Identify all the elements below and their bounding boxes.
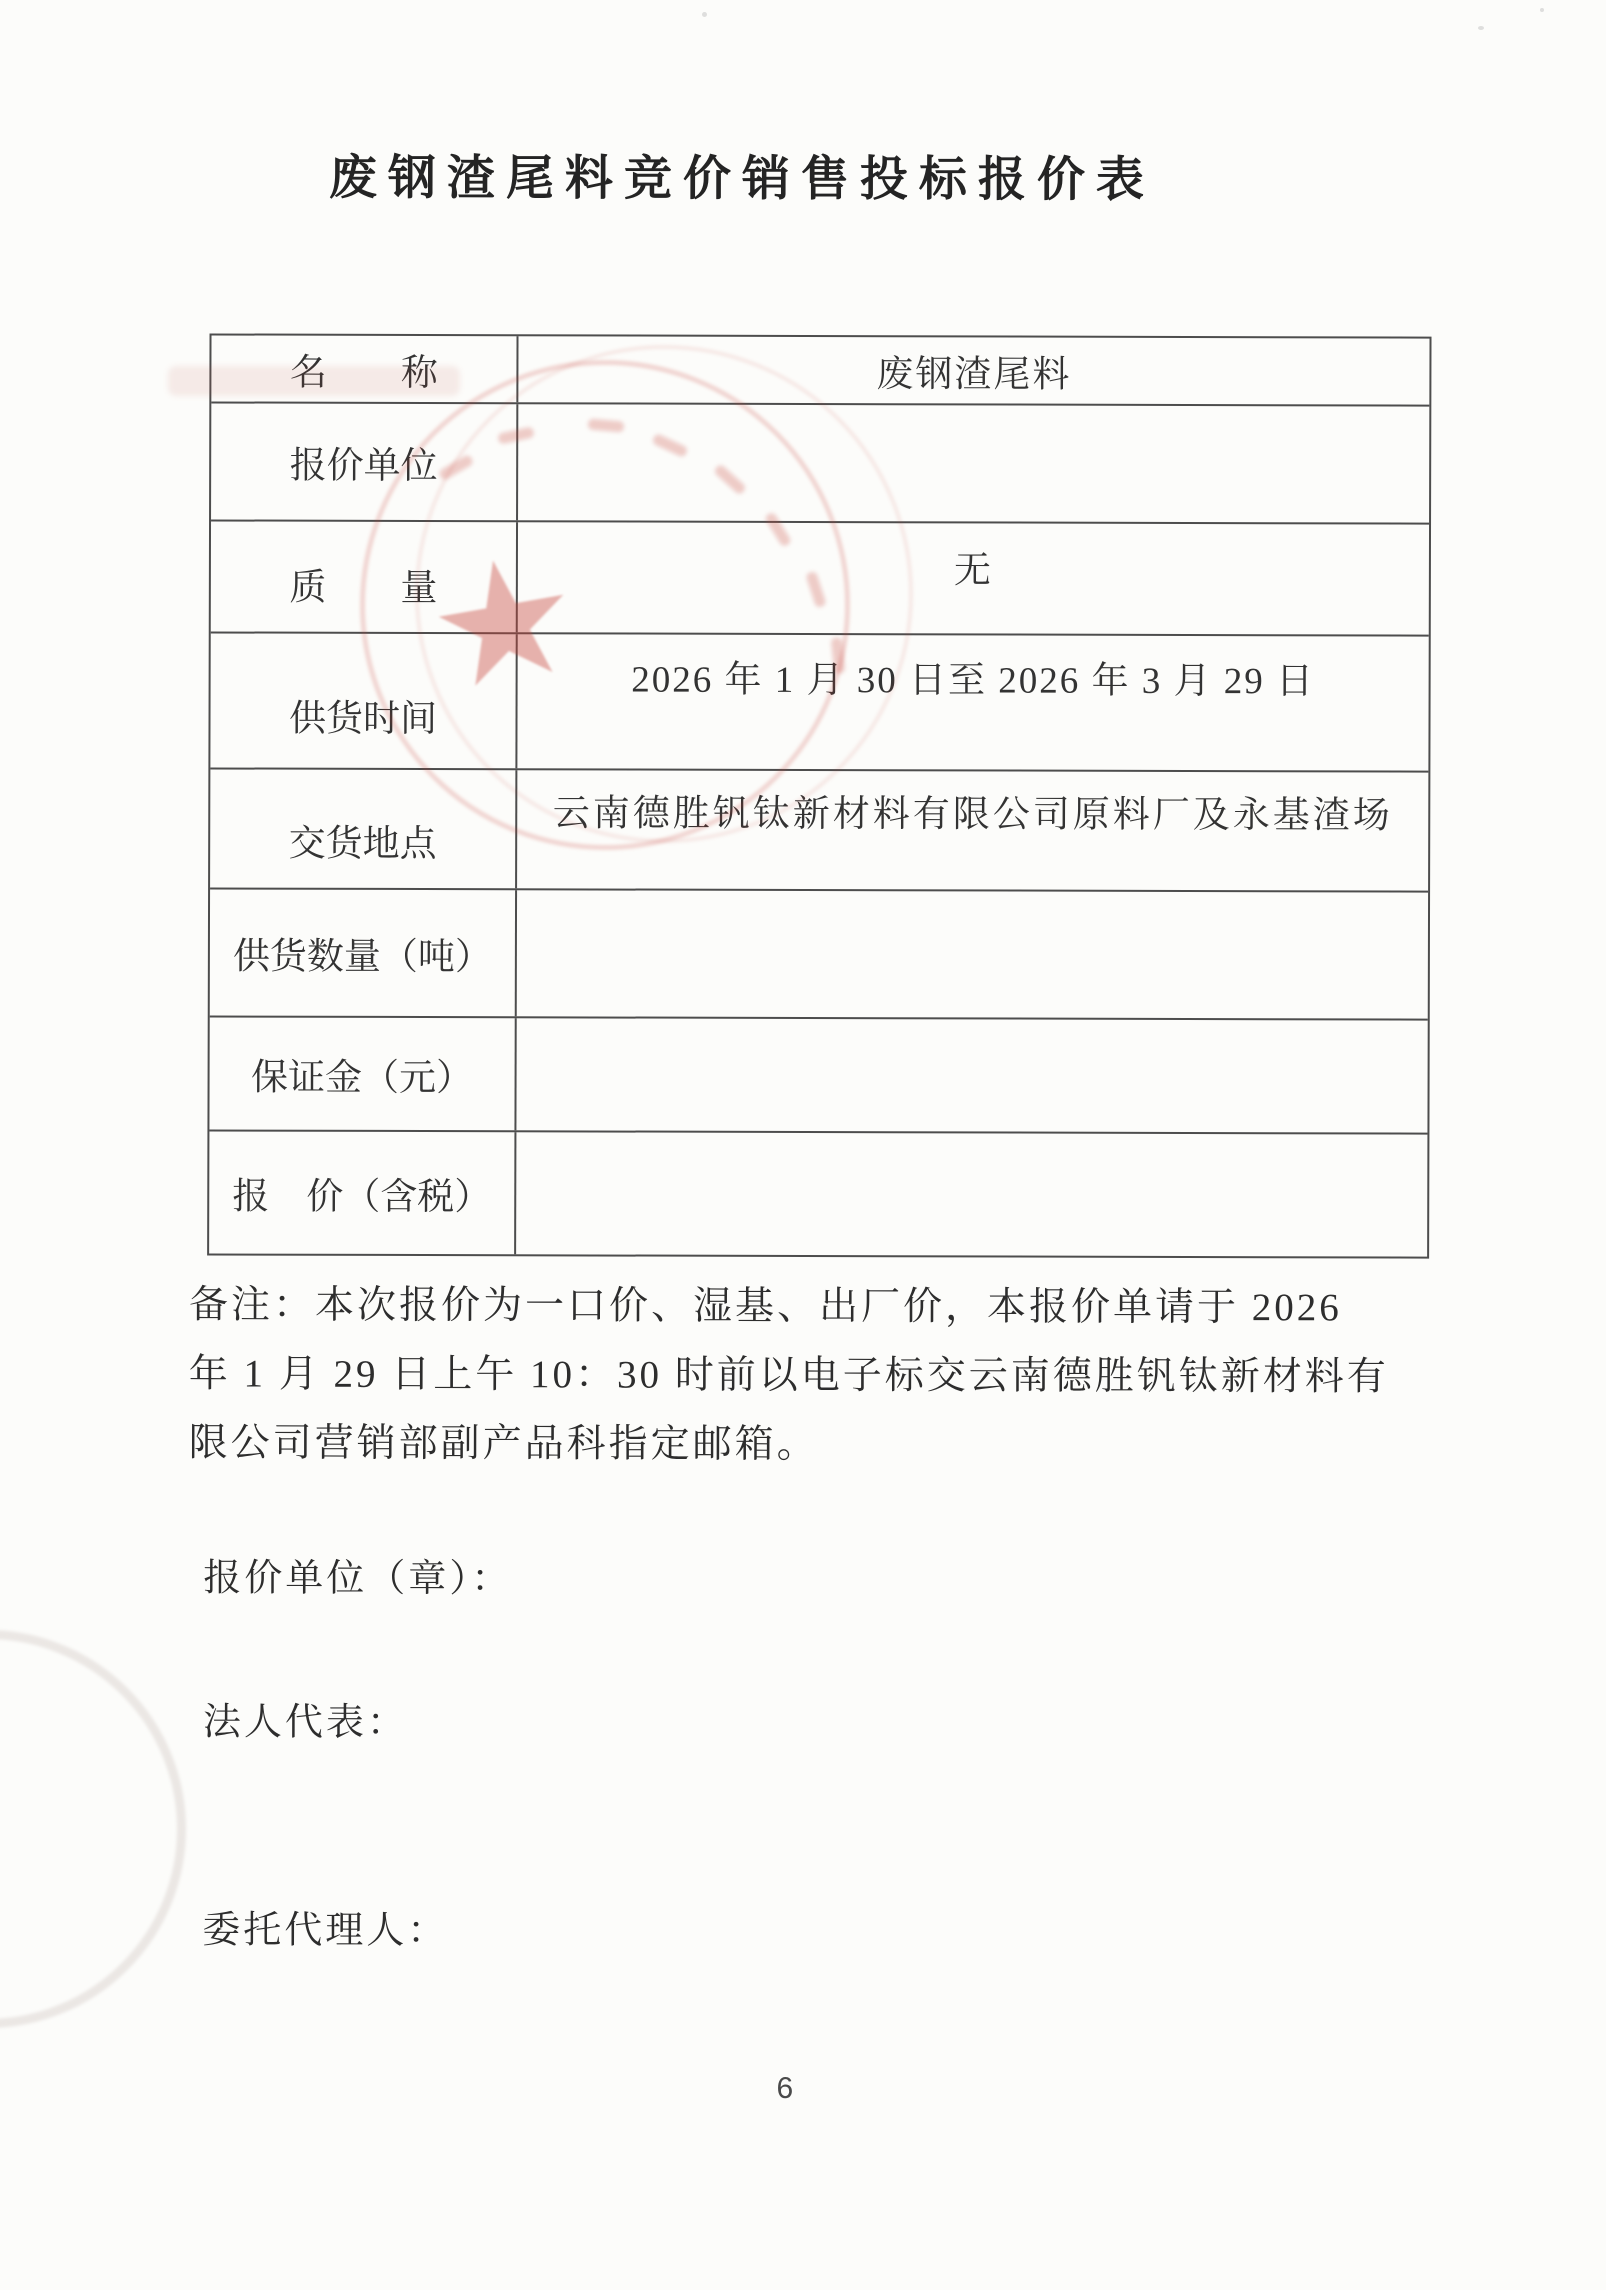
- row-label: 名 称: [211, 335, 518, 402]
- signature-company-seal-label: 报价单位（章）：: [203, 1546, 512, 1602]
- row-value: [516, 1018, 1427, 1132]
- row-value: [516, 1132, 1427, 1256]
- row-value: 废钢渣尾料: [518, 336, 1429, 404]
- table-row-supply-time: 供货时间 2026 年 1 月 30 日至 2026 年 3 月 29 日: [210, 633, 1428, 772]
- document-content: 废钢渣尾料竞价销售投标报价表 名 称 废钢渣尾料 报价单位 质 量 无 供货时间…: [0, 0, 1606, 2290]
- row-value: 云南德胜钒钛新材料有限公司原料厂及永基渣场: [517, 770, 1428, 890]
- table-row-supply-quantity: 供货数量（吨）: [210, 889, 1428, 1020]
- signature-legal-representative-label: 法人代表：: [203, 1690, 408, 1746]
- row-label: 保证金（元）: [209, 1017, 516, 1130]
- page-title: 废钢渣尾料竞价销售投标报价表: [2, 138, 1482, 211]
- remark-line-3: 限公司营销部副产品科指定邮箱。: [189, 1408, 1439, 1480]
- row-value: [517, 890, 1428, 1018]
- table-row-quality: 质 量 无: [211, 521, 1429, 636]
- signature-authorized-agent-label: 委托代理人：: [202, 1898, 448, 1954]
- row-value: [518, 404, 1429, 522]
- row-label: 报 价（含税）: [209, 1131, 516, 1254]
- remark-line-2: 年 1 月 29 日上午 10：30 时前以电子标交云南德胜钒钛新材料有: [189, 1339, 1439, 1411]
- row-value: 2026 年 1 月 30 日至 2026 年 3 月 29 日: [517, 634, 1428, 770]
- scan-speck: [1540, 8, 1544, 12]
- row-label: 交货地点: [210, 769, 517, 888]
- table-row-quoting-unit: 报价单位: [211, 403, 1429, 524]
- table-row-quote-price: 报 价（含税）: [209, 1131, 1427, 1256]
- row-label: 供货数量（吨）: [210, 889, 517, 1016]
- remark-line-1: 备注：本次报价为一口价、湿基、出厂价，本报价单请于 2026: [189, 1270, 1439, 1342]
- page-number: 6: [755, 2072, 815, 2106]
- row-label: 报价单位: [211, 403, 518, 520]
- remark-paragraph: 备注：本次报价为一口价、湿基、出厂价，本报价单请于 2026 年 1 月 29 …: [189, 1270, 1440, 1480]
- quotation-table: 名 称 废钢渣尾料 报价单位 质 量 无 供货时间 2026 年 1 月 30 …: [207, 333, 1431, 1258]
- table-row-delivery-location: 交货地点 云南德胜钒钛新材料有限公司原料厂及永基渣场: [210, 769, 1428, 892]
- scan-speck: [1478, 26, 1484, 30]
- row-label: 供货时间: [210, 633, 517, 768]
- scan-speck: [702, 12, 707, 17]
- table-row-deposit: 保证金（元）: [209, 1017, 1427, 1134]
- scanned-document-page: 废钢渣尾料竞价销售投标报价表 名 称 废钢渣尾料 报价单位 质 量 无 供货时间…: [0, 0, 1606, 2290]
- table-row-name: 名 称 废钢渣尾料: [211, 335, 1429, 406]
- row-label: 质 量: [211, 521, 518, 632]
- row-value: 无: [518, 522, 1429, 634]
